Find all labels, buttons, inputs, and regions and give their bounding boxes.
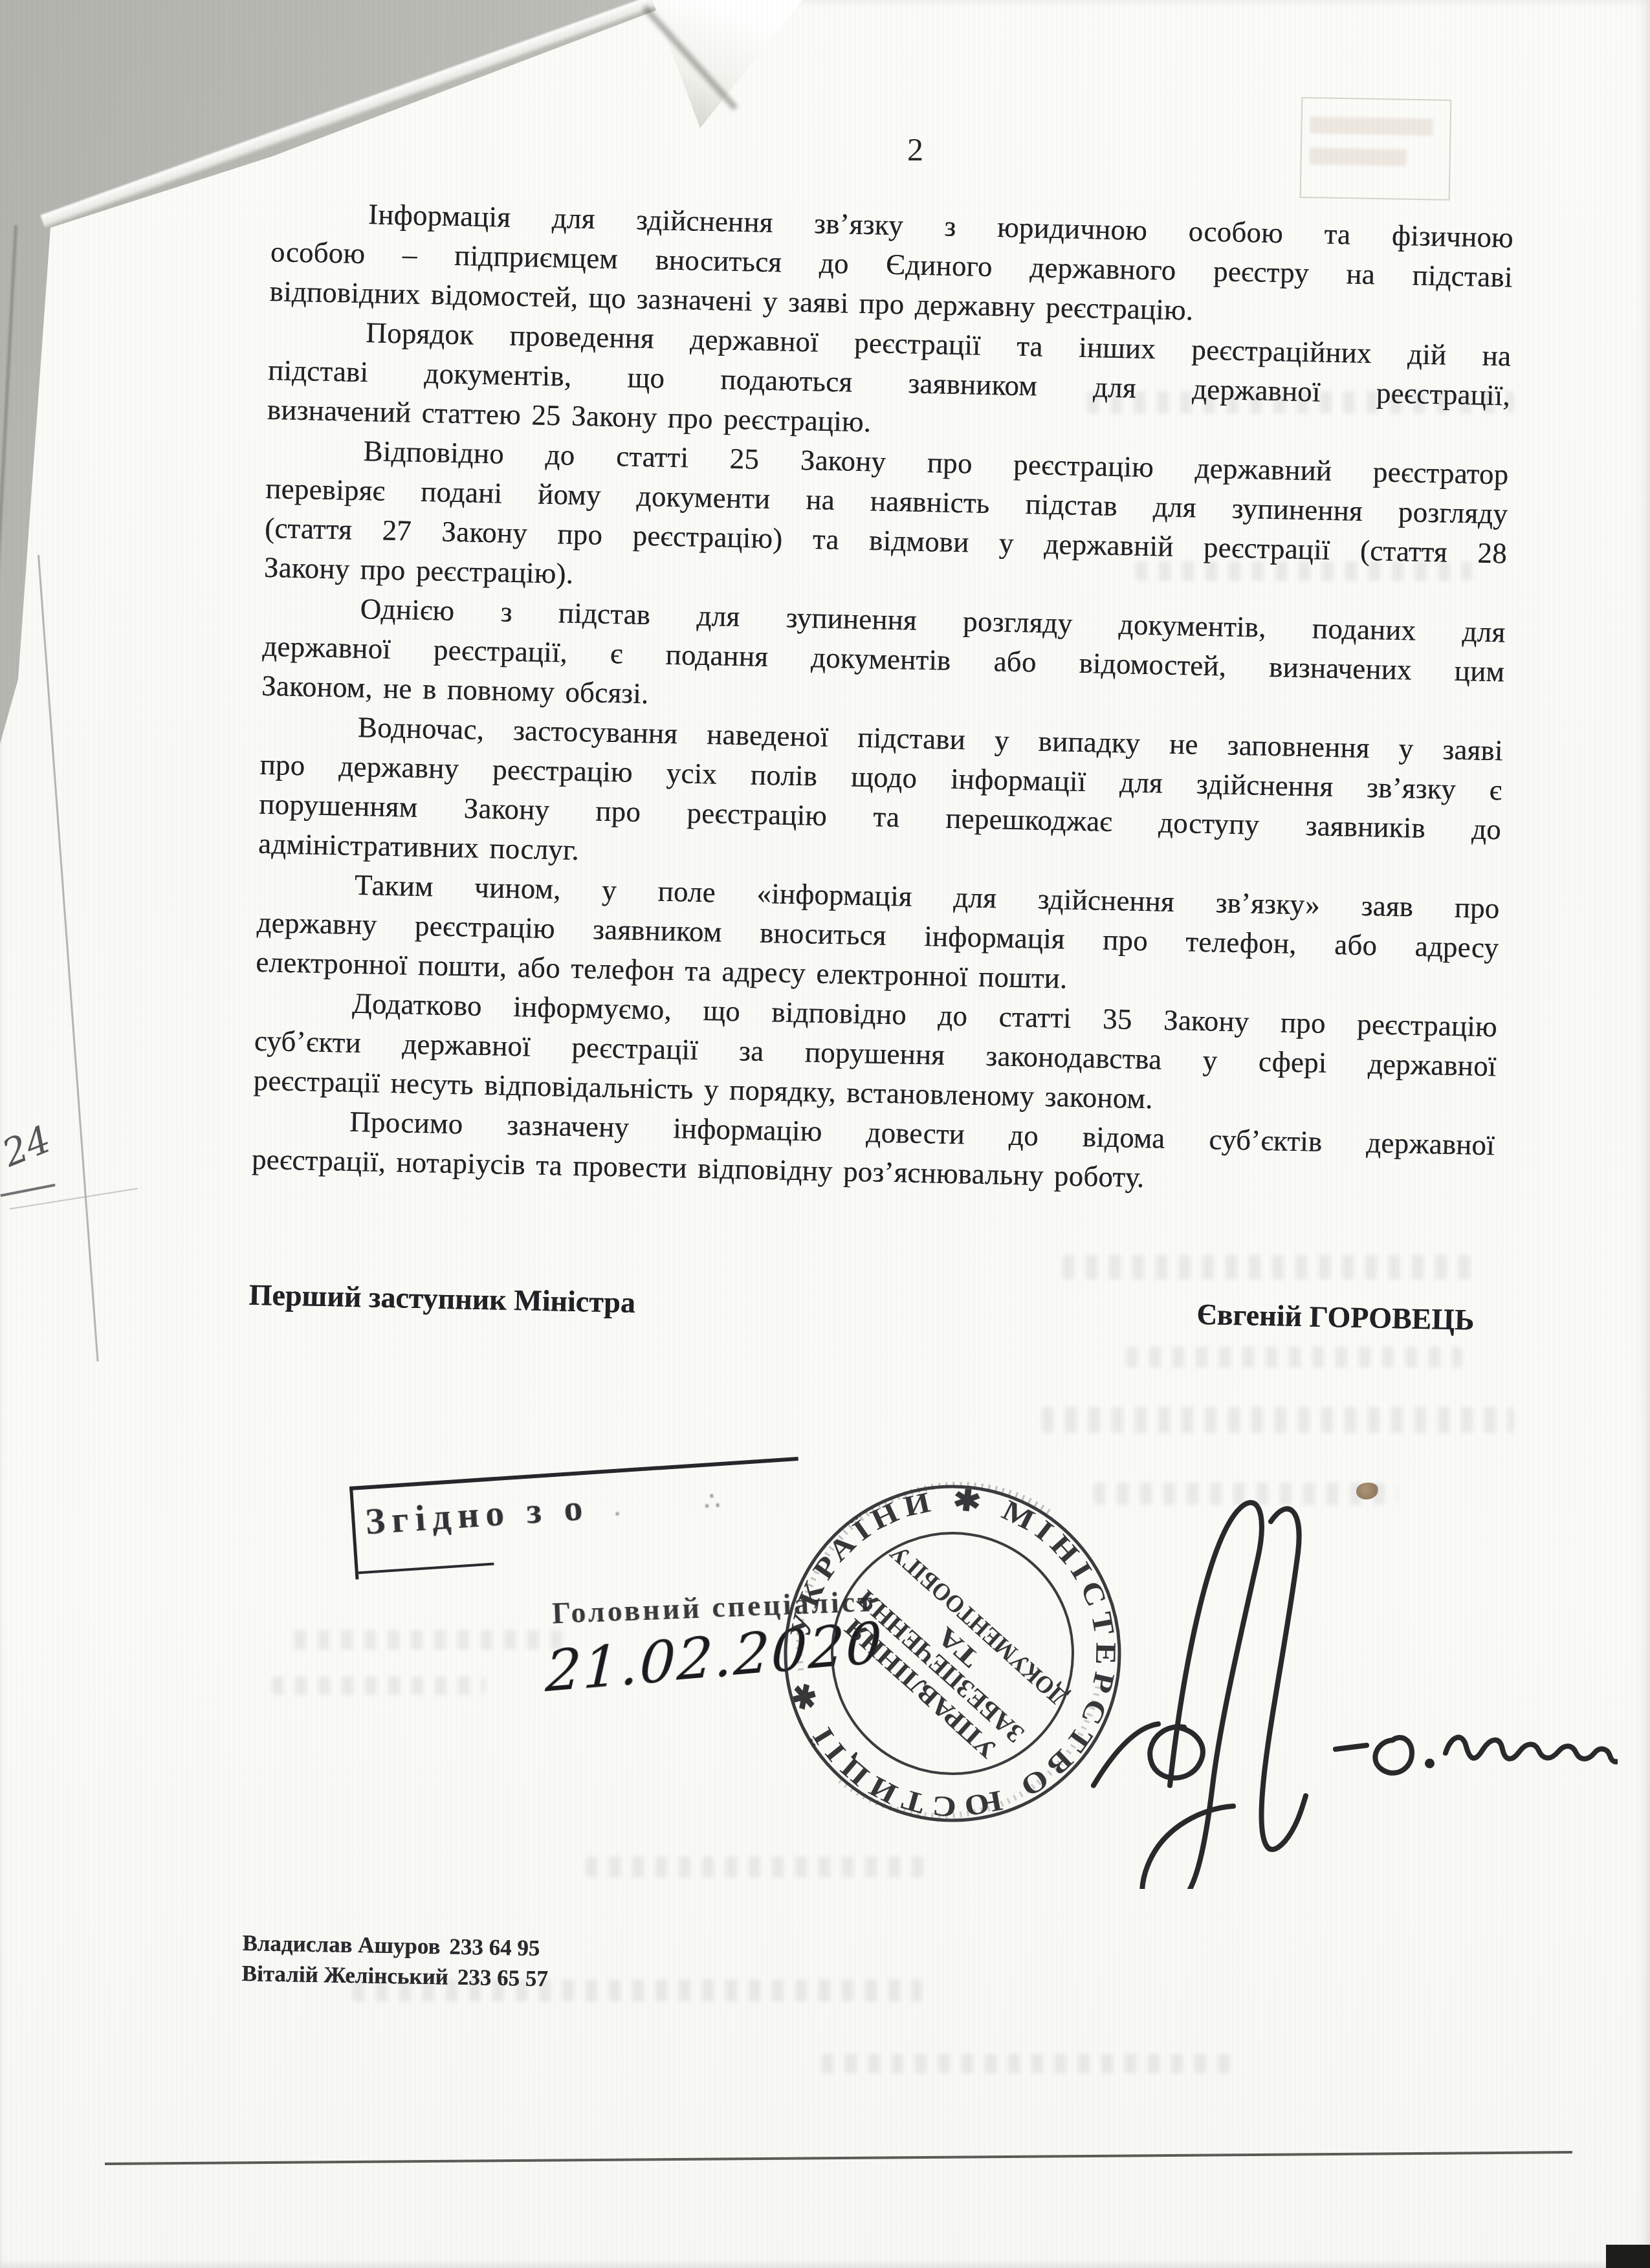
signer-name: Євгеній ГОРОВЕЦЬ (1196, 1297, 1491, 1337)
contact-phone: 233 65 57 (457, 1965, 549, 1991)
bleedthrough-artifact (294, 1630, 566, 1650)
signature-block: Перший заступник Міністра Євгеній ГОРОВЕ… (248, 1278, 1491, 1338)
handwritten-signature (1074, 1449, 1618, 1889)
bleedthrough-artifact (272, 1677, 485, 1695)
contact-lines: Владислав Ашуров233 64 95Віталій Желінсь… (241, 1928, 549, 1994)
stamp-box-bottom-edge (357, 1562, 494, 1574)
faded-stamp-line (1310, 147, 1407, 166)
underlying-sheet-bottom-edge (105, 2151, 1572, 2165)
scanned-letter-page: 24 2 Інформація для здійснення зв’язку з… (0, 0, 1650, 2268)
faded-stamp-line (1310, 116, 1433, 135)
bleedthrough-artifact (1126, 1347, 1462, 1368)
bleedthrough-artifact (1042, 1407, 1514, 1433)
contact-name: Віталій Желінський (241, 1961, 448, 1990)
page-number: 2 (907, 131, 923, 168)
faded-registration-stamp (1300, 97, 1452, 201)
contact-line: Віталій Желінський233 65 57 (241, 1958, 548, 1994)
contact-name: Владислав Ашуров (242, 1930, 441, 1959)
scan-corner-artifact (1606, 2245, 1650, 2268)
contact-line: Владислав Ашуров233 64 95 (242, 1928, 549, 1963)
faded-stamp-fragment: · (611, 1497, 623, 1531)
handwritten-margin-number: 24 (0, 1119, 56, 1173)
faded-stamp-fragment: ∴ (703, 1485, 725, 1517)
contact-phone: 233 64 95 (449, 1934, 540, 1961)
page-corner-curl (641, 0, 809, 136)
certified-copy-stamp-box: Згідно з о · ∴ (349, 1457, 804, 1580)
letter-content: Інформація для здійснення зв’язку з юрид… (248, 193, 1517, 1337)
underlying-sheet-edge (38, 555, 99, 1362)
certified-copy-stamp-text: Згідно з о (364, 1485, 590, 1543)
bleedthrough-artifact (822, 2054, 1236, 2073)
signer-position-title: Перший заступник Міністра (248, 1278, 635, 1320)
letter-body: Інформація для здійснення зв’язку з юрид… (252, 193, 1517, 1205)
bleedthrough-artifact (586, 1857, 935, 1877)
margin-number-underline (0, 1184, 55, 1197)
